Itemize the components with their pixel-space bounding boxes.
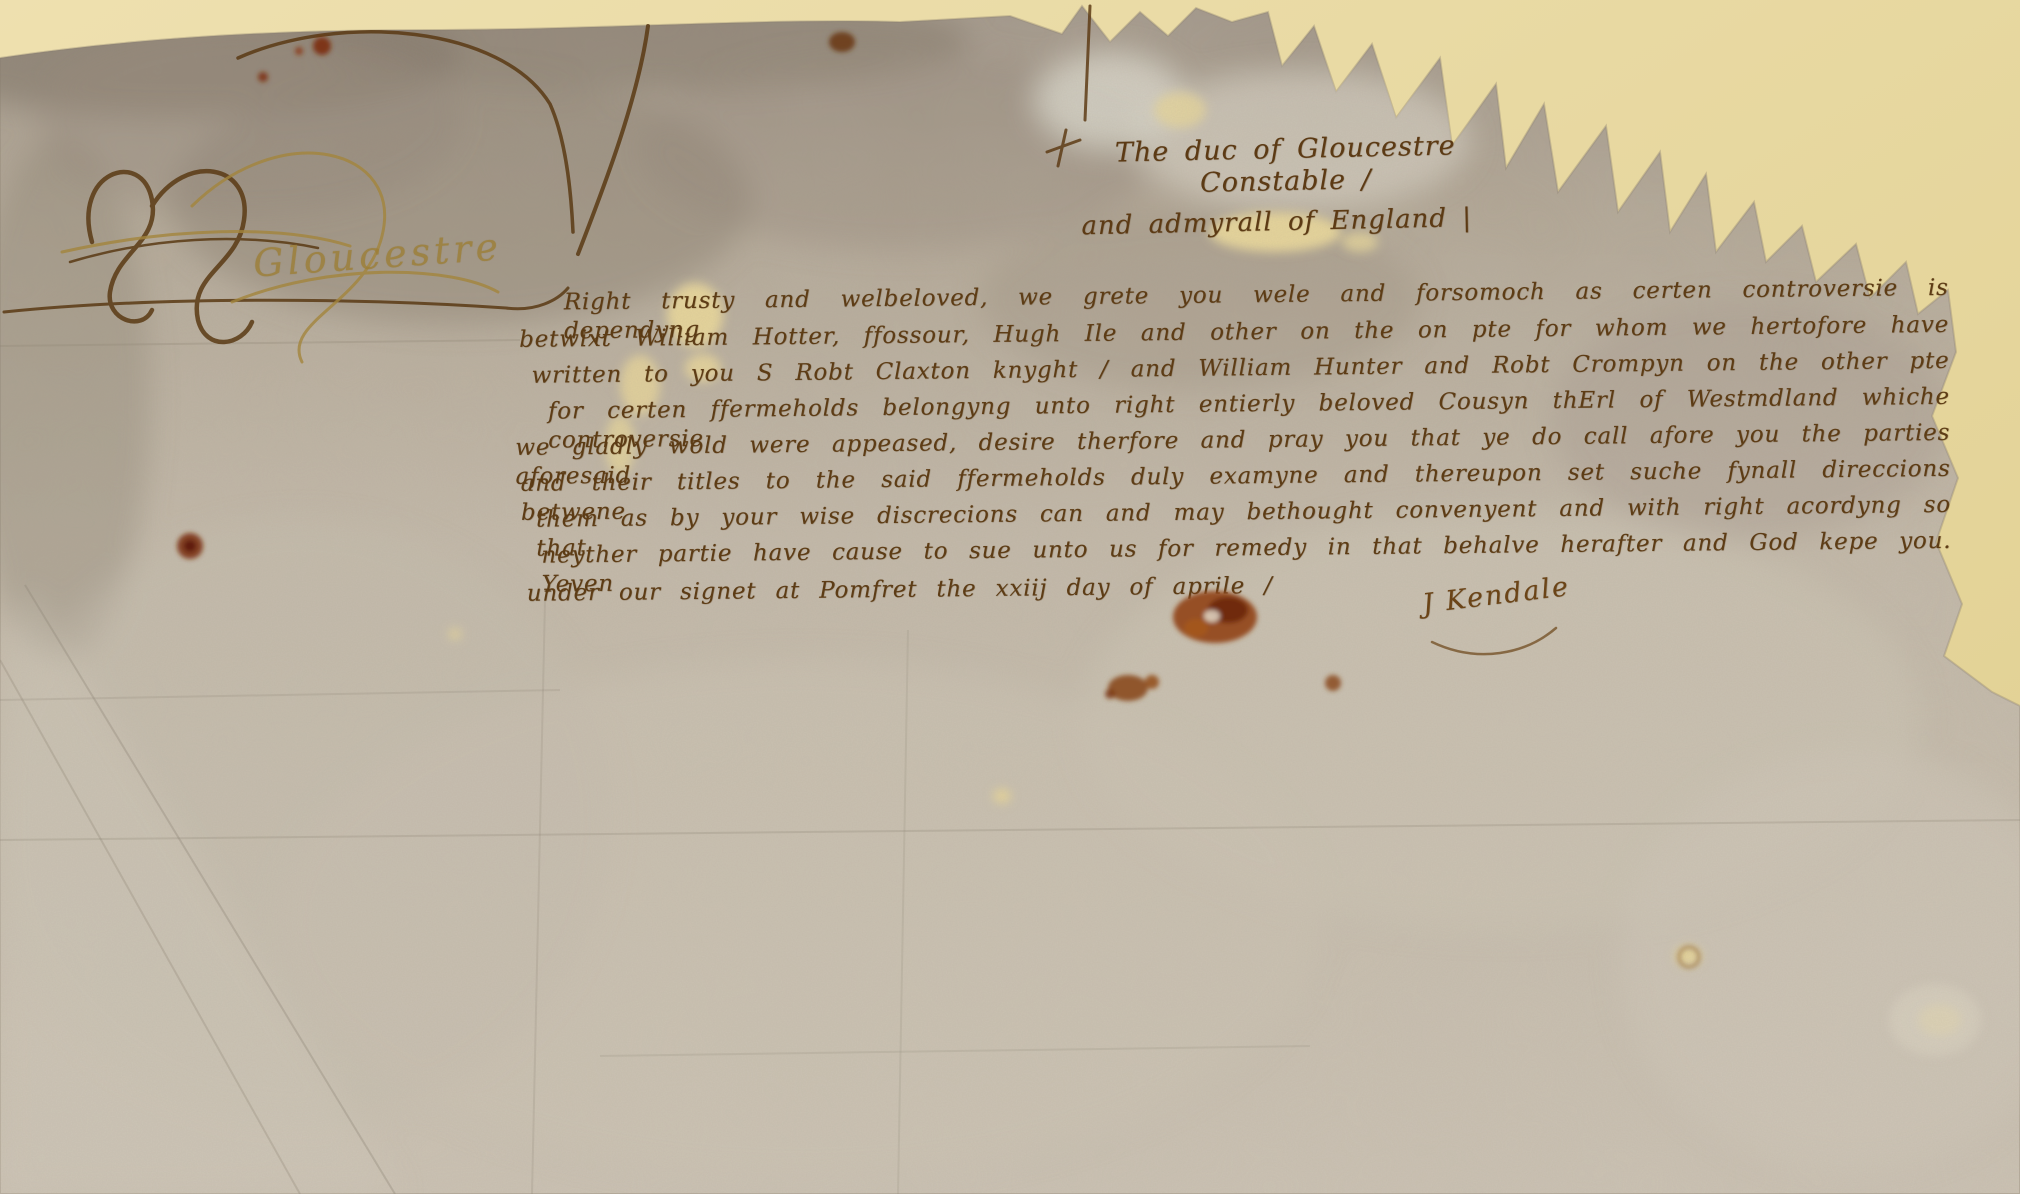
manuscript-letter: The duc of Gloucestre Constable / and ad… [0,0,2020,1194]
letter-body: Right trusty and welbeloved, we grete yo… [0,0,2020,706]
body-line: written to you S Robt Claxton knyght / a… [531,347,1949,391]
letter-text-layer: The duc of Gloucestre Constable / and ad… [0,0,2020,1194]
